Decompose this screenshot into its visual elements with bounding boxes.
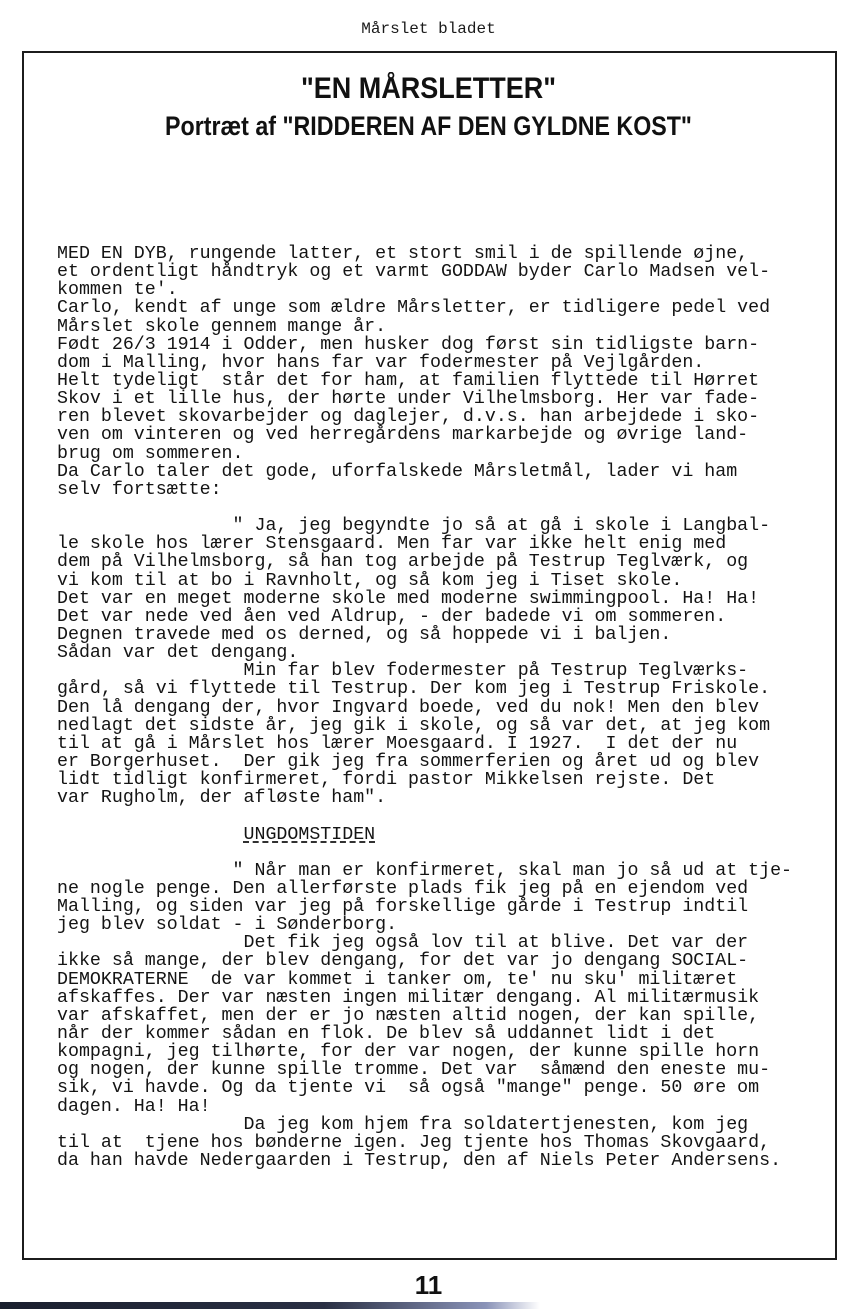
body-line: sik, vi havde. Og da tjente vi så også "… bbox=[57, 1079, 817, 1097]
body-line: lidt tidligt konfirmeret, fordi pastor M… bbox=[57, 771, 817, 789]
body-line: til at gå i Mårslet hos lærer Moesgaard.… bbox=[57, 735, 817, 753]
blank-line bbox=[57, 807, 817, 825]
body-line: dom i Malling, hvor hans far var foderme… bbox=[57, 354, 817, 372]
body-line: Født 26/3 1914 i Odder, men husker dog f… bbox=[57, 336, 817, 354]
body-line: ne nogle penge. Den allerførste plads fi… bbox=[57, 880, 817, 898]
body-line: Den lå dengang der, hvor Ingvard boede, … bbox=[57, 699, 817, 717]
body-line: Degnen travede med os derned, og så hopp… bbox=[57, 626, 817, 644]
body-line: ren blevet skovarbejder og daglejer, d.v… bbox=[57, 408, 817, 426]
blank-line bbox=[57, 844, 817, 862]
body-line: Min far blev fodermester på Testrup Tegl… bbox=[57, 662, 817, 680]
body-line: nedlagt det sidste år, jeg gik i skole, … bbox=[57, 717, 817, 735]
body-line: kommen te'. bbox=[57, 281, 817, 299]
body-line: vi kom til at bo i Ravnholt, og så kom j… bbox=[57, 572, 817, 590]
body-line: et ordentligt håndtryk og et varmt GODDA… bbox=[57, 263, 817, 281]
body-line: Sådan var det dengang. bbox=[57, 644, 817, 662]
body-line: dagen. Ha! Ha! bbox=[57, 1098, 817, 1116]
body-line: selv fortsætte: bbox=[57, 481, 817, 499]
body-line: Det var nede ved åen ved Aldrup, - der b… bbox=[57, 608, 817, 626]
body-line: ven om vinteren og ved herregårdens mark… bbox=[57, 426, 817, 444]
body-line: afskaffes. Der var næsten ingen militær … bbox=[57, 989, 817, 1007]
body-line: Helt tydeligt står det for ham, at famil… bbox=[57, 372, 817, 390]
body-line: ikke så mange, der blev dengang, for det… bbox=[57, 952, 817, 970]
body-line: " Når man er konfirmeret, skal man jo så… bbox=[57, 862, 817, 880]
body-line: når der kommer sådan en flok. De blev så… bbox=[57, 1025, 817, 1043]
body-line: og nogen, der kunne spille tromme. Det v… bbox=[57, 1061, 817, 1079]
body-line: Mårslet skole gennem mange år. bbox=[57, 318, 817, 336]
body-line: Da Carlo taler det gode, uforfalskede Må… bbox=[57, 463, 817, 481]
blank-line bbox=[57, 499, 817, 517]
running-head: Mårslet bladet bbox=[0, 20, 857, 38]
body-line: Det fik jeg også lov til at blive. Det v… bbox=[57, 934, 817, 952]
body-line: jeg blev soldat - i Sønderborg. bbox=[57, 916, 817, 934]
body-line: dem på Vilhelmsborg, så han tog arbejde … bbox=[57, 553, 817, 571]
body-line: kompagni, jeg tilhørte, for der var noge… bbox=[57, 1043, 817, 1061]
body-line: var Rugholm, der afløste ham". bbox=[57, 789, 817, 807]
body-line: Da jeg kom hjem fra soldatertjenesten, k… bbox=[57, 1116, 817, 1134]
section-heading: UNGDOMSTIDEN bbox=[57, 826, 817, 844]
body-line: le skole hos lærer Stensgaard. Men far v… bbox=[57, 535, 817, 553]
body-line: Carlo, kendt af unge som ældre Mårslette… bbox=[57, 299, 817, 317]
body-line: var afskaffet, men der er jo næsten alti… bbox=[57, 1007, 817, 1025]
page-number: 11 bbox=[0, 1270, 857, 1301]
article-body: MED EN DYB, rungende latter, et stort sm… bbox=[57, 245, 817, 1170]
body-line: Malling, og siden var jeg på forskellige… bbox=[57, 898, 817, 916]
body-line: Det var en meget moderne skole med moder… bbox=[57, 590, 817, 608]
article-title: "EN MÅRSLETTER" bbox=[43, 72, 814, 106]
body-line: gård, så vi flyttede til Testrup. Der ko… bbox=[57, 680, 817, 698]
body-line: brug om sommeren. bbox=[57, 445, 817, 463]
body-line: Skov i et lille hus, der hørte under Vil… bbox=[57, 390, 817, 408]
body-line: er Borgerhuset. Der gik jeg fra sommerfe… bbox=[57, 753, 817, 771]
scan-edge-bar bbox=[0, 1302, 540, 1309]
body-line: " Ja, jeg begyndte jo så at gå i skole i… bbox=[57, 517, 817, 535]
body-line: da han havde Nedergaarden i Testrup, den… bbox=[57, 1152, 817, 1170]
body-line: DEMOKRATERNE de var kommet i tanker om, … bbox=[57, 971, 817, 989]
article-subtitle: Portræt af "RIDDEREN AF DEN GYLDNE KOST" bbox=[60, 110, 797, 142]
body-line: til at tjene hos bønderne igen. Jeg tjen… bbox=[57, 1134, 817, 1152]
body-line: MED EN DYB, rungende latter, et stort sm… bbox=[57, 245, 817, 263]
section-heading-text: UNGDOMSTIDEN bbox=[244, 825, 376, 845]
